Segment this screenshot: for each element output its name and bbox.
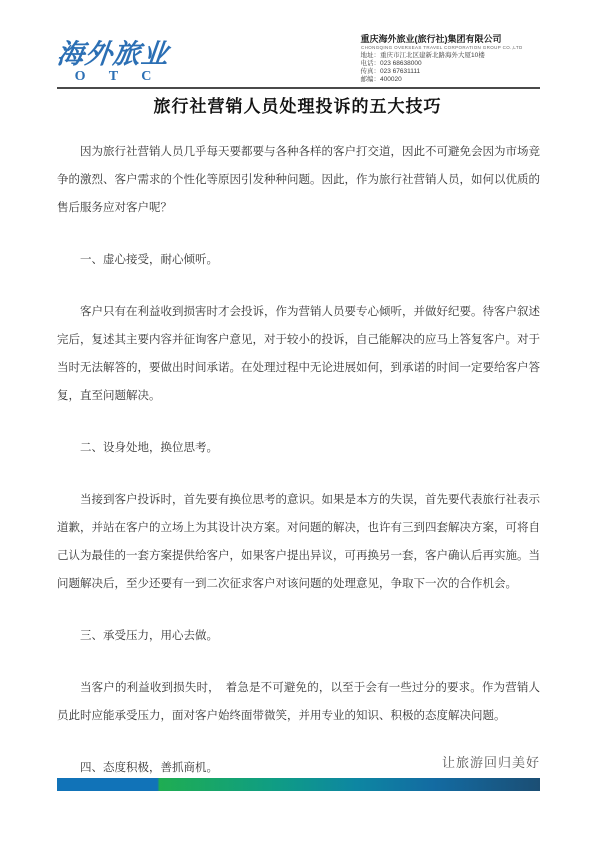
paragraph-section-1: 客户只有在利益收到损害时才会投诉，作为营销人员要专心倾听，并做好纪要。待客户叙述… [57, 298, 540, 410]
section-heading-3: 三、承受压力，用心去做。 [57, 622, 540, 650]
footer-gradient-bar [57, 778, 540, 791]
paragraph-intro: 因为旅行社营销人员几乎每天要都要与各种各样的客户打交道，因此不可避免会因为市场竞… [57, 138, 540, 222]
section-heading-2: 二、设身处地，换位思考。 [57, 434, 540, 462]
document-body: 因为旅行社营销人员几乎每天要都要与各种各样的客户打交道，因此不可避免会因为市场竞… [57, 138, 540, 806]
logo-chinese-text: 海外旅业 [56, 41, 171, 68]
section-heading-1: 一、虚心接受，耐心倾听。 [57, 246, 540, 274]
company-postcode: 邮编：400020 [361, 76, 541, 84]
page-title: 旅行社营销人员处理投诉的五大技巧 [0, 92, 595, 117]
company-name-english: CHONGQING OVERSEAS TRAVEL CORPORATION GR… [361, 46, 523, 52]
company-phone: 电话：023 68638000 [361, 60, 541, 68]
letterhead: 海外旅业 O T C 重庆海外旅业(旅行社)集团有限公司 CHONGQING O… [57, 34, 540, 89]
company-logo: 海外旅业 O T C [57, 41, 169, 84]
paragraph-section-3: 当客户的利益收到损失时， 着急是不可避免的，以至于会有一些过分的要求。作为营销人… [57, 674, 540, 730]
footer-slogan: 让旅游回归美好 [442, 752, 540, 771]
document-page: 海外旅业 O T C 重庆海外旅业(旅行社)集团有限公司 CHONGQING O… [0, 0, 595, 842]
logo-otc-text: O T C [65, 70, 162, 84]
paragraph-section-2: 当接到客户投诉时，首先要有换位思考的意识。如果是本方的失误，首先要代表旅行社表示… [57, 486, 540, 598]
company-info-block: 重庆海外旅业(旅行社)集团有限公司 CHONGQING OVERSEAS TRA… [361, 34, 541, 84]
company-name: 重庆海外旅业(旅行社)集团有限公司 [361, 34, 541, 45]
company-fax: 传真：023 67631111 [361, 68, 541, 76]
company-address: 地址：重庆市江北区建新北路海外大厦10楼 [361, 52, 541, 60]
